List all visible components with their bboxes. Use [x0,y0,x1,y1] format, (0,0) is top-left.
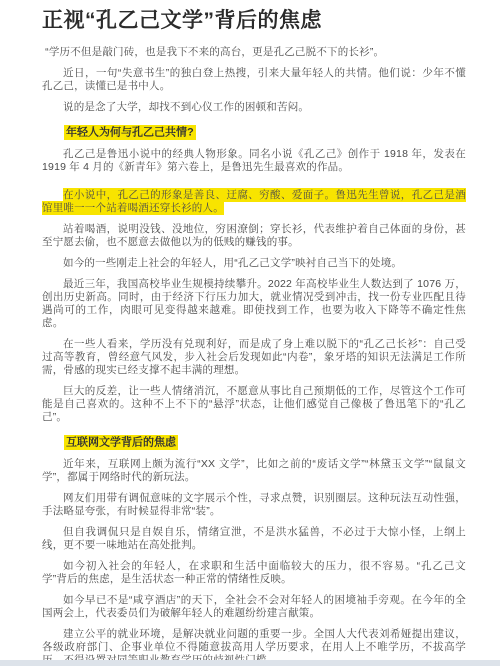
highlighted-paragraph: 在小说中，孔乙己的形象是善良、迂腐、穷酸、爱面子。鲁迅先生曾说，孔乙己是酒馆里唯… [42,189,466,215]
paragraph: 近日，一句“失意书生”的独白登上热搜，引来大量年轻人的共情。他们说：少年不懂孔乙… [42,67,466,93]
paragraph: 但自我调侃只是自娱自乐，情绪宣泄，不是洪水猛兽，不必过于大惊小怪，上纲上线，更不… [42,526,466,552]
bottom-divider-bar [0,660,500,666]
page-title: 正视“孔乙己文学”背后的焦虑 [42,8,466,34]
article-body: 正视“孔乙己文学”背后的焦虑 “学历不但是敲门砖，也是我下不来的高台，更是孔乙己… [0,0,500,666]
section-heading-internet-literature: 互联网文学背后的焦虑 [42,436,466,449]
paragraph: 如今初入社会的年轻人，在求职和生活中面临较大的压力，很不容易。“孔乙己文学”背后… [42,560,466,586]
paragraph-quote: “学历不但是敲门砖，也是我下不来的高台，更是孔乙己脱不下的长衫”。 [42,46,466,59]
heading-highlight: 互联网文学背后的焦虑 [64,435,178,450]
paragraph: 最近三年，我国高校毕业生规模持续攀升。2022 年高校毕业生人数达到了 1076… [42,278,466,330]
paragraph: 如今的一些刚走上社会的年轻人，用“孔乙己文学”映衬自己当下的处境。 [42,257,466,270]
paragraph: 近年来，互联网上颇为流行“XX 文学”，比如之前的“废话文学”“林黛玉文学”“鼠… [42,458,466,484]
paragraph: 网友们用带有调侃意味的文字展示个性，寻求点赞，识别圈层。这种玩法互动性强，手法略… [42,492,466,518]
paragraph: 巨大的反差，让一些人情绪消沉，不愿意从事比自己预期低的工作，尽管这个工作可能是自… [42,385,466,424]
paragraph: 在一些人看来，学历没有兑现利好，而是成了身上难以脱下的“孔乙己长衫”：自己受过高… [42,338,466,377]
paragraph-highlight: 在小说中，孔乙己的形象是善良、迂腐、穷酸、爱面子。鲁迅先生曾说，孔乙己是酒馆里唯… [42,188,466,215]
paragraph: 站着喝酒，说明没钱、没地位，穷困潦倒；穿长衫，代表维护着自己体面的身份，甚至宁愿… [42,223,466,249]
paragraph: 说的是念了大学，却找不到心仪工作的困顿和苦闷。 [42,101,466,114]
section-heading-why-empathy: 年轻人为何与孔乙己共情? [42,126,466,139]
paragraph: 如今早已不是“咸亨酒店”的天下，全社会不会对年轻人的困境袖手旁观。在今年的全国两… [42,594,466,620]
heading-highlight: 年轻人为何与孔乙己共情? [64,125,196,140]
article-page: 正视“孔乙己文学”背后的焦虑 “学历不但是敲门砖，也是我下不来的高台，更是孔乙己… [0,0,500,666]
paragraph: 孔乙己是鲁迅小说中的经典人物形象。同名小说《孔乙己》创作于 1918 年，发表在… [42,148,466,174]
